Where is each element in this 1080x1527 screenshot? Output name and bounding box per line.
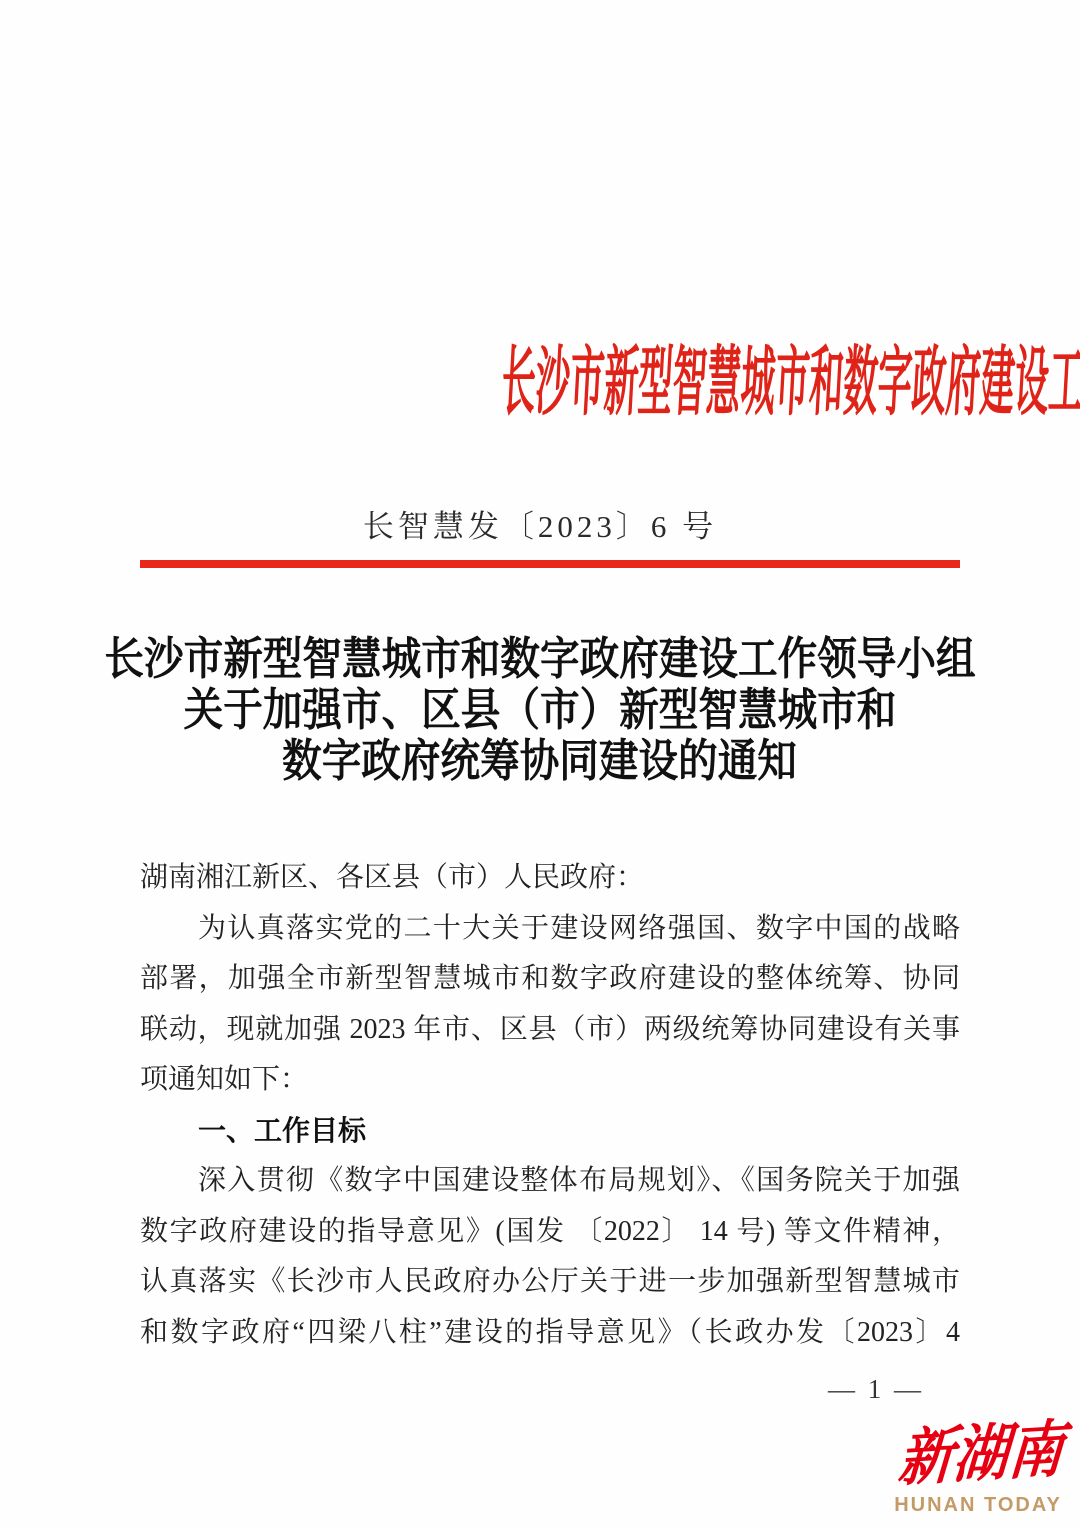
body-line: 深入贯彻《数字中国建设整体布局规划》、《国务院关于加强 (140, 1156, 960, 1207)
title-line-3-text: 数字政府统筹协同建设的通知 (283, 736, 798, 787)
body-line: 联动，现就加强 2023 年市、区县（市）两级统筹协同建设有关事 (140, 1005, 960, 1056)
logo-chinese-calligraphy-text: 新湖南 (896, 1411, 1067, 1499)
body-line: 部署，加强全市新型智慧城市和数字政府建设的整体统筹、协同 (140, 954, 960, 1005)
body-line: 数字政府建设的指导意见》(国发 〔2022〕 14 号) 等文件精神， (140, 1207, 960, 1258)
title-line-1-text: 长沙市新型智慧城市和数字政府建设工作领导小组 (104, 634, 975, 685)
document-title: 长沙市新型智慧城市和数字政府建设工作领导小组 关于加强市、区县（市）新型智慧城市… (0, 634, 1080, 787)
page-number: — 1 — (828, 1374, 924, 1405)
document-number: 长智慧发〔2023〕6 号 (0, 506, 1080, 548)
title-line-1: 长沙市新型智慧城市和数字政府建设工作领导小组 (0, 634, 1080, 685)
title-line-2-text: 关于加强市、区县（市）新型智慧城市和 (184, 685, 897, 736)
red-header-banner: 长沙市新型智慧城市和数字政府建设工作领导小组文件 (0, 340, 1080, 447)
section-heading-work-goals: 一、工作目标 (140, 1106, 960, 1157)
body-line-salutation: 湖南湘江新区、各区县（市）人民政府： (140, 853, 960, 904)
hunan-today-logo: 新湖南 HUNAN TODAY (888, 1416, 1068, 1517)
body-line: 认真落实《长沙市人民政府办公厅关于进一步加强新型智慧城市 (140, 1257, 960, 1308)
body-line: 为认真落实党的二十大关于建设网络强国、数字中国的战略 (140, 904, 960, 955)
red-divider-line (140, 560, 960, 568)
document-body: 湖南湘江新区、各区县（市）人民政府： 为认真落实党的二十大关于建设网络强国、数字… (140, 853, 960, 1358)
body-line: 和数字政府“四梁八柱”建设的指导意见》（长政办发〔2023〕4 (140, 1308, 960, 1359)
body-line: 项通知如下： (140, 1055, 960, 1106)
title-line-3: 数字政府统筹协同建设的通知 (0, 736, 1080, 787)
issuing-org-banner-text: 长沙市新型智慧城市和数字政府建设工作领导小组文件 (499, 340, 1080, 426)
title-line-2: 关于加强市、区县（市）新型智慧城市和 (0, 685, 1080, 736)
document-page: 长沙市新型智慧城市和数字政府建设工作领导小组文件 长智慧发〔2023〕6 号 长… (0, 0, 1080, 1527)
